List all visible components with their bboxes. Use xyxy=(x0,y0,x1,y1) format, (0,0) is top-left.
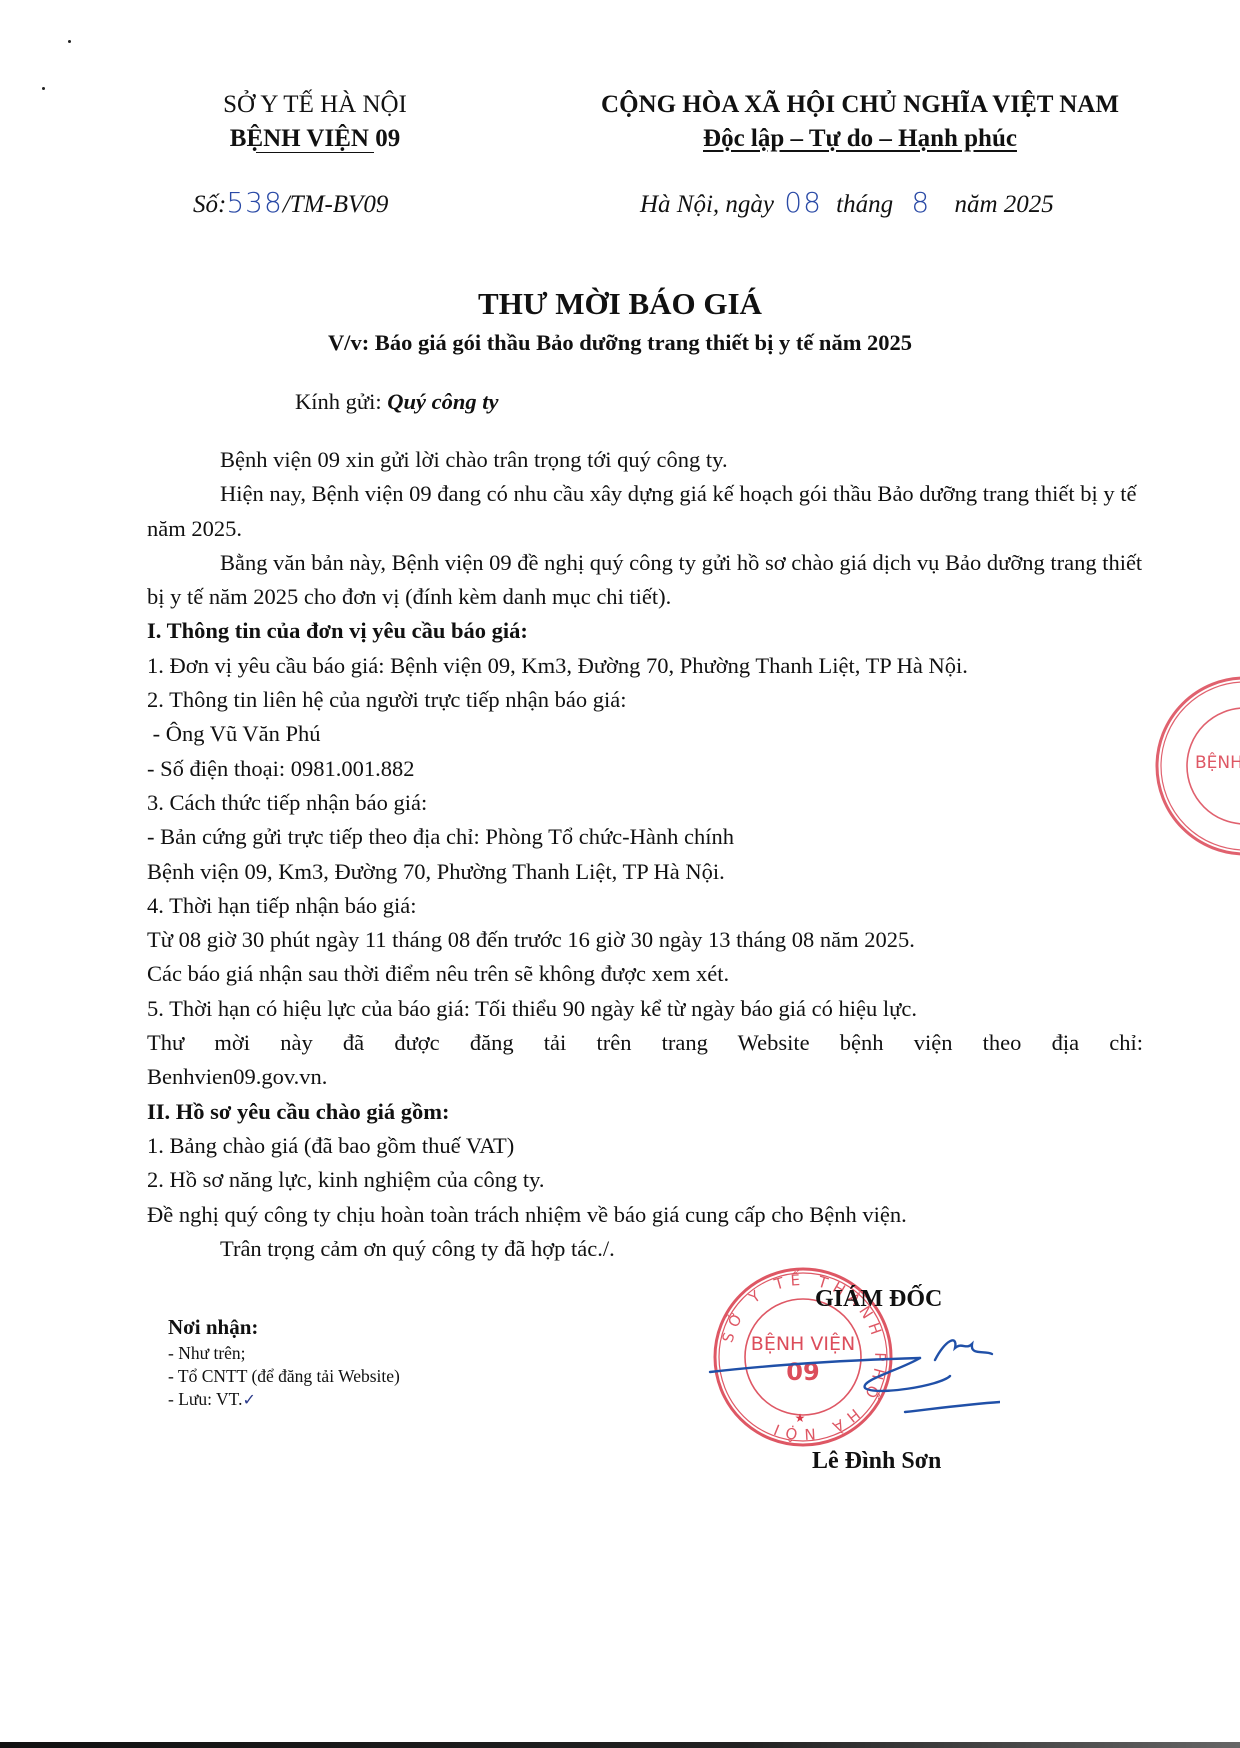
document-title: THƯ MỜI BÁO GIÁ xyxy=(0,286,1240,322)
margin-seal-partial: BỆNH VIỆN xyxy=(1150,666,1240,866)
section-line: - Bản cứng gửi trực tiếp theo địa chỉ: P… xyxy=(147,820,1143,854)
date-prefix: Hà Nội, ngày xyxy=(640,191,774,218)
section-line: 5. Thời hạn có hiệu lực của báo giá: Tối… xyxy=(147,992,1143,1026)
section-line: 3. Cách thức tiếp nhận báo giá: xyxy=(147,786,1143,820)
national-header: CỘNG HÒA XÃ HỘI CHỦ NGHĨA VIỆT NAM Độc l… xyxy=(520,88,1200,156)
section-line: 2. Thông tin liên hệ của người trực tiếp… xyxy=(147,683,1143,717)
recipient-item: - Lưu: VT.✓ xyxy=(168,1388,400,1411)
recipients-title: Nơi nhận: xyxy=(168,1316,400,1339)
section-line: Đề nghị quý công ty chịu hoàn toàn trách… xyxy=(147,1198,1143,1232)
section-line: Các báo giá nhận sau thời điểm nêu trên … xyxy=(147,957,1143,991)
doc-no-handwritten: 538 xyxy=(226,186,282,219)
department-name: SỞ Y TẾ HÀ NỘI xyxy=(150,88,480,122)
recipients-block: Nơi nhận: - Như trên; - Tổ CNTT (để đăng… xyxy=(168,1316,400,1411)
margin-seal-text: BỆNH VIỆN xyxy=(1195,751,1240,773)
section-line: Bệnh viện 09, Km3, Đường 70, Phường Than… xyxy=(147,855,1143,889)
doc-no-label: Số: xyxy=(193,191,226,218)
handwritten-signature xyxy=(700,1320,1000,1430)
national-motto: Độc lập – Tự do – Hạnh phúc xyxy=(703,125,1017,152)
year-text: năm 2025 xyxy=(954,191,1053,218)
recipient-item: - Như trên; xyxy=(168,1342,400,1365)
section-line: - Số điện thoại: 0981.001.882 xyxy=(147,752,1143,786)
paragraph: Bằng văn bản này, Bệnh viện 09 đề nghị q… xyxy=(147,546,1143,615)
month-label: tháng xyxy=(836,191,893,218)
month-handwritten: 8 xyxy=(911,186,930,219)
website-address[interactable]: Benhvien09.gov.vn. xyxy=(147,1060,1143,1094)
hospital-name-underline xyxy=(256,152,374,153)
recipient-line: Kính gửi: Quý công ty xyxy=(295,389,498,415)
paragraph: Hiện nay, Bệnh viện 09 đang có nhu cầu x… xyxy=(147,477,1143,546)
section-line: Từ 08 giờ 30 phút ngày 11 tháng 08 đến t… xyxy=(147,923,1143,957)
document-number: Số:538/TM-BV09 xyxy=(193,186,388,219)
day-handwritten: 08 xyxy=(784,186,822,219)
recipient-item: - Tổ CNTT (để đăng tải Website) xyxy=(168,1365,400,1388)
issuer-block: SỞ Y TẾ HÀ NỘI BỆNH VIỆN 09 xyxy=(150,88,480,157)
section-line: 4. Thời hạn tiếp nhận báo giá: xyxy=(147,889,1143,923)
closing-line: Trân trọng cảm ơn quý công ty đã hợp tác… xyxy=(147,1232,1143,1266)
section-heading: II. Hồ sơ yêu cầu chào giá gồm: xyxy=(147,1095,1143,1129)
website-note: Thư mời này đã được đăng tải trên trang … xyxy=(147,1026,1143,1060)
recipient-label: Kính gửi: xyxy=(295,389,382,414)
document-subject: V/v: Báo giá gói thầu Bảo dưỡng trang th… xyxy=(0,330,1240,356)
paragraph: Bệnh viện 09 xin gửi lời chào trân trọng… xyxy=(147,443,1143,477)
document-date: Hà Nội, ngày 08 tháng 8 năm 2025 xyxy=(640,186,1054,219)
nation-name: CỘNG HÒA XÃ HỘI CHỦ NGHĨA VIỆT NAM xyxy=(520,88,1200,122)
document-body: Bệnh viện 09 xin gửi lời chào trân trọng… xyxy=(147,443,1143,1266)
section-line: 1. Đơn vị yêu cầu báo giá: Bệnh viện 09,… xyxy=(147,649,1143,683)
scan-speck xyxy=(42,87,45,90)
handwritten-check-icon: ✓ xyxy=(242,1390,255,1409)
section-line: 1. Bảng chào giá (đã bao gồm thuế VAT) xyxy=(147,1129,1143,1163)
signatory-name: Lê Đình Sơn xyxy=(812,1448,941,1475)
scan-speck xyxy=(68,40,71,43)
recipient-item-text: - Lưu: VT. xyxy=(168,1389,242,1409)
scan-edge xyxy=(0,1742,1240,1748)
recipient-name: Quý công ty xyxy=(387,389,498,414)
section-line: - Ông Vũ Văn Phú xyxy=(147,717,1143,751)
doc-no-suffix: /TM-BV09 xyxy=(283,191,389,218)
section-line: 2. Hồ sơ năng lực, kinh nghiệm của công … xyxy=(147,1163,1143,1197)
hospital-name: BỆNH VIỆN 09 xyxy=(150,122,480,156)
signatory-title: GIÁM ĐỐC xyxy=(815,1286,942,1313)
section-heading: I. Thông tin của đơn vị yêu cầu báo giá: xyxy=(147,614,1143,648)
